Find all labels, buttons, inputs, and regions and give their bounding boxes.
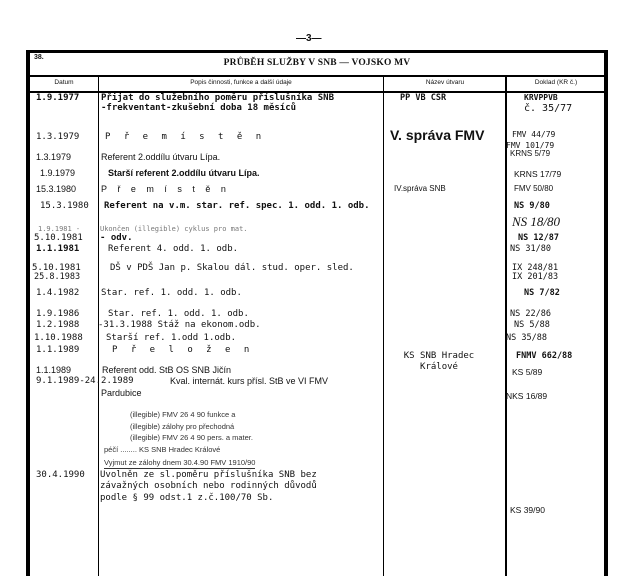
row-document: NS 7/82 [524, 288, 560, 298]
row-document: KRVPPVB [524, 93, 558, 103]
row-description-stamp: péčí ........ KS SNB Hradec Králové [104, 445, 220, 455]
column-header-unit: Název útvaru [384, 79, 506, 86]
row-document: FMV 50/80 [514, 184, 553, 194]
row-description: P ř e m í s t ě n [101, 184, 230, 194]
page-number: —3— [296, 33, 322, 44]
row-description: podle § 99 odst.1 z.č.100/70 Sb. [100, 493, 273, 503]
column-header-row: Datum Popis činnosti, funkce a další úda… [30, 77, 604, 93]
row-description: Referent na v.m. star. ref. spec. 1. odd… [104, 201, 370, 211]
row-date: 1.9.1986 [36, 309, 79, 319]
row-date: 1.1.1989 [36, 345, 79, 355]
row-description-stamp: (illegible) zálohy pro přechodná [130, 422, 234, 432]
row-description: Pardubice [101, 388, 142, 398]
row-description: - odv. [100, 233, 133, 243]
row-date: 1.10.1988 [34, 333, 83, 343]
table-title-row: 38. PRŮBĚH SLUŽBY V SNB — VOJSKO MV [30, 53, 604, 77]
row-description: Uvolněn ze sl.poměru příslušníka SNB bez [100, 470, 317, 480]
row-description: -31.3.1988 Stáž na ekonom.odb. [98, 320, 261, 330]
row-date: 30.4.1990 [36, 470, 85, 480]
row-description: DŠ v PDŠ Jan p. Skalou dál. stud. oper. … [110, 263, 354, 273]
row-description: Referent 2.oddílu útvaru Lípa. [101, 152, 220, 162]
row-description: závažných osobních nebo rodinných důvodů [100, 481, 317, 491]
row-unit: IV.správa SNB [394, 184, 446, 194]
column-header-document: Doklad (KR č.) [507, 79, 605, 86]
row-description: Star. ref. 1. odd. 1. odb. [101, 288, 242, 298]
row-unit: PP VB ČSR [400, 93, 446, 103]
row-document-handwritten: NS 18/80 [512, 217, 560, 227]
row-description: P ř e m í s t ě n [105, 132, 265, 142]
row-date: 15.3.1980 [36, 184, 76, 194]
form-title: PRŮBĚH SLUŽBY V SNB — VOJSKO MV [30, 58, 604, 68]
row-document: č. 35/77 [524, 104, 572, 114]
row-document: NKS 16/89 [506, 391, 547, 401]
row-date: 9.1.1989-24.2.1989 [36, 376, 134, 386]
row-date: 15.3.1980 [40, 201, 89, 211]
column-header-description: Popis činnosti, funkce a další údaje [99, 79, 383, 86]
column-divider [505, 77, 507, 576]
row-document: NS 12/87 [518, 233, 559, 243]
row-document: KS 5/89 [512, 367, 542, 377]
row-document: IX 201/83 [512, 272, 558, 282]
row-date: 5.10.1981 [34, 233, 83, 243]
row-description: -frekventant-zkušební doba 18 měsíců [101, 103, 296, 113]
row-document: NS 22/86 [510, 309, 551, 319]
row-description: Referent odd. StB OS SNB Jičín [102, 365, 231, 375]
row-description: Starší referent 2.oddílu útvaru Lípa. [108, 168, 260, 178]
row-date: 1.4.1982 [36, 288, 79, 298]
row-description: Referent 4. odd. 1. odb. [108, 244, 238, 254]
column-divider [383, 77, 384, 576]
service-record-table: 38. PRŮBĚH SLUŽBY V SNB — VOJSKO MV Datu… [26, 50, 608, 576]
row-date: 1.1.1989 [36, 365, 71, 375]
row-description: Starší ref. 1.odd 1.odb. [106, 333, 236, 343]
row-description-stamp: Vyjmut ze zálohy dnem 30.4.90 FMV 1910/9… [104, 458, 255, 469]
column-header-date: Datum [30, 79, 98, 86]
row-date: 1.3.1979 [36, 132, 79, 142]
row-date: 1.9.1977 [36, 93, 79, 103]
row-document: FMV 44/79 [512, 130, 555, 140]
row-document: FNMV 662/88 [516, 351, 572, 361]
row-unit: KS SNB Hradec Králové [384, 351, 494, 373]
row-description-stamp: (illegible) FMV 26 4 90 funkce a [130, 410, 235, 420]
row-date: 1.9.1979 [40, 168, 75, 178]
row-description: Star. ref. 1. odd. 1. odb. [108, 309, 249, 319]
row-date: 25.8.1983 [34, 272, 80, 282]
row-document: NS 5/88 [514, 320, 550, 330]
row-date: 1.3.1979 [36, 152, 71, 162]
row-description: Kval. internát. kurs přísl. StB ve VI FM… [170, 376, 328, 386]
row-document: NS 9/80 [514, 201, 550, 211]
row-description: Přijat do služebního poměru příslušníka … [101, 93, 334, 103]
row-document: KS 39/90 [510, 505, 545, 515]
row-document: KRNS 5/79 [510, 149, 550, 159]
row-document: NS 31/80 [510, 244, 551, 254]
row-document: KRNS 17/79 [514, 169, 561, 179]
row-description-stamp: (illegible) FMV 26 4 90 pers. a mater. [130, 433, 253, 443]
row-document: NS 35/88 [506, 333, 547, 343]
row-date: 1.2.1988 [36, 320, 79, 330]
row-unit: V. správa FMV [390, 127, 484, 143]
row-date: 1.1.1981 [36, 244, 79, 254]
row-description: P ř e l o ž e n [112, 345, 253, 355]
